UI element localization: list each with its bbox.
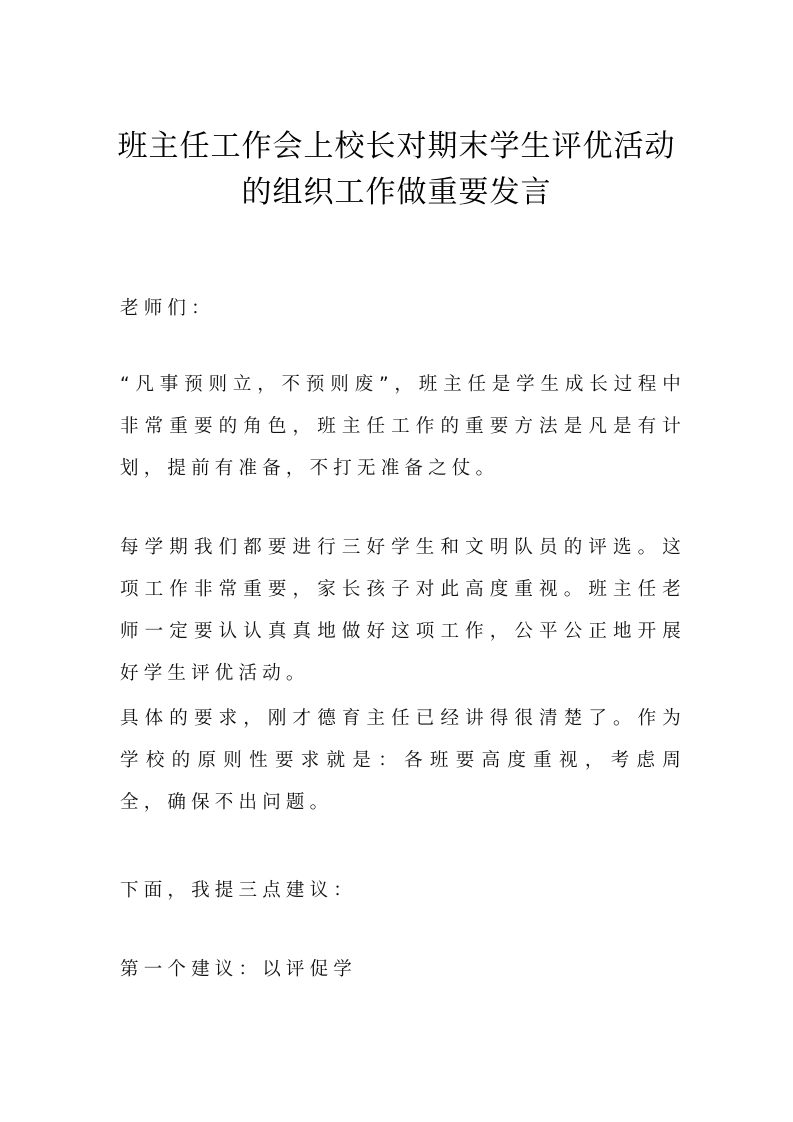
section-heading-1: 第一个建议：以评促学 [120,949,686,991]
paragraph-4: 下面，我提三点建议： [120,870,686,912]
paragraph-1: “凡事预则立，不预则废”，班主任是学生成长过程中非常重要的角色，班主任工作的重要… [120,364,686,490]
document-title: 班主任工作会上校长对期末学生评优活动 的组织工作做重要发言 [100,124,693,216]
title-line-2: 的组织工作做重要发言 [100,170,693,216]
paragraph-2: 每学期我们都要进行三好学生和文明队员的评选。这项工作非常重要，家长孩子对此高度重… [120,527,686,695]
document-page: 班主任工作会上校长对期末学生评优活动 的组织工作做重要发言 老师们： “凡事预则… [0,0,793,1122]
paragraph-3: 具体的要求，刚才德育主任已经讲得很清楚了。作为学校的原则性要求就是：各班要高度重… [120,698,686,824]
salutation: 老师们： [120,288,686,330]
title-line-1: 班主任工作会上校长对期末学生评优活动 [100,124,693,170]
